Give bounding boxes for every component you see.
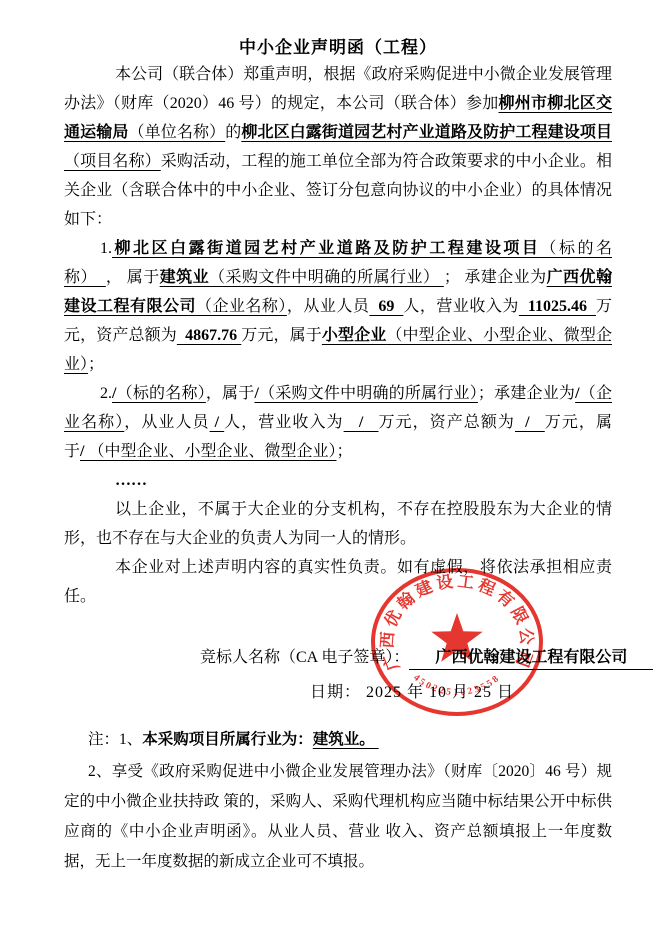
text-segment: ；承建企业为	[478, 385, 575, 402]
text-segment: 11025.46	[519, 298, 596, 315]
text-segment: 2.	[100, 385, 112, 402]
text-segment: /	[344, 414, 379, 431]
date-label: 日期：	[310, 684, 361, 701]
item1-paragraph: 1.柳北区白露街道园艺村产业道路及防护工程建设项目（标的名称） ， 属于建筑业（…	[64, 234, 612, 379]
text-segment: 万元，资产总额为	[378, 414, 515, 431]
text-segment: 注：1、	[88, 731, 142, 748]
document-page: 中小企业声明函（工程） 本公司（联合体）郑重声明，根据《政府采购促进中小微企业发…	[0, 0, 672, 946]
text-segment: ；	[88, 356, 104, 373]
date-value: 2025 年 10 月 25 日	[366, 684, 514, 701]
text-segment: 人，营业收入为	[224, 414, 343, 431]
document-content: 中小企业声明函（工程） 本公司（联合体）郑重声明，根据《政府采购促进中小微企业发…	[0, 0, 672, 877]
date-line: 日期： 2025 年 10 月 25 日	[310, 678, 612, 707]
text-segment: 本采购项目所属行业为：	[142, 731, 313, 748]
bidder-company-name: 广西优翰建设工程有限公司	[409, 647, 653, 670]
text-segment: 69	[369, 298, 403, 315]
text-segment: ； 承建企业为	[444, 269, 547, 286]
text-segment: 2、享受《政府采购促进中小微企业发展管理办法》（财库〔2020〕46 号）规定的…	[64, 763, 612, 870]
text-segment: 柳北区白露街道园艺村产业道路及防护工程建设项目	[112, 240, 540, 257]
text-segment: /	[210, 414, 225, 431]
bidder-name-label: 竞标人名称（CA 电子签章）：	[200, 649, 409, 666]
text-segment: （企业名称）	[196, 298, 287, 315]
responsibility-paragraph: 本企业对上述声明内容的真实性负责。如有虚假，将依法承担相应责任。	[64, 553, 612, 611]
text-segment: ，从业人员	[287, 298, 369, 315]
bidder-name-line: 竞标人名称（CA 电子签章）：广西优翰建设工程有限公司	[200, 643, 612, 672]
text-segment: ，从业人员	[124, 414, 209, 431]
note-1: 注：1、本采购项目所属行业为：建筑业。	[88, 725, 612, 755]
text-segment: （采购文件中明确的所属行业）	[209, 269, 444, 286]
signature-block: 竞标人名称（CA 电子签章）：广西优翰建设工程有限公司 日期： 2025 年 1…	[64, 643, 612, 707]
text-segment: 4867.76	[177, 327, 241, 344]
text-segment: ；	[336, 443, 352, 460]
ellipsis-line: ……	[64, 466, 612, 495]
text-segment: 小型企业	[322, 327, 387, 344]
item2-paragraph: 2./（标的名称），属于/（采购文件中明确的所属行业）；承建企业为/（企业名称）…	[64, 379, 612, 466]
text-segment: 万元，属于	[241, 327, 322, 344]
intro-paragraph: 本公司（联合体）郑重声明，根据《政府采购促进中小微企业发展管理办法》（财库（20…	[64, 60, 612, 234]
text-segment: （项目名称）	[64, 153, 161, 170]
text-segment: （采购文件中明确的所属行业）	[259, 385, 478, 402]
text-segment: ，属于	[206, 385, 255, 402]
text-segment: 柳北区白露街道园艺村产业道路及防护工程建设项目	[241, 124, 612, 141]
text-segment: （单位名称）	[128, 124, 225, 141]
text-segment: （中型企业、小型企业、微型企业）	[84, 443, 336, 460]
document-title: 中小企业声明函（工程）	[64, 36, 612, 60]
text-segment: 1.	[100, 240, 112, 257]
text-segment: 的	[225, 124, 241, 141]
note-2: 2、享受《政府采购促进中小微企业发展管理办法》（财库〔2020〕46 号）规定的…	[64, 757, 612, 877]
text-segment: /	[515, 414, 545, 431]
text-segment: 人，营业收入为	[403, 298, 518, 315]
text-segment: （标的名称）	[116, 385, 205, 402]
text-segment: 建筑业	[160, 269, 209, 286]
no-large-enterprise-paragraph: 以上企业，不属于大企业的分支机构，不存在控股股东为大企业的情形，也不存在与大企业…	[64, 495, 612, 553]
text-segment: 建筑业。	[313, 731, 379, 748]
text-segment: ， 属于	[106, 269, 160, 286]
